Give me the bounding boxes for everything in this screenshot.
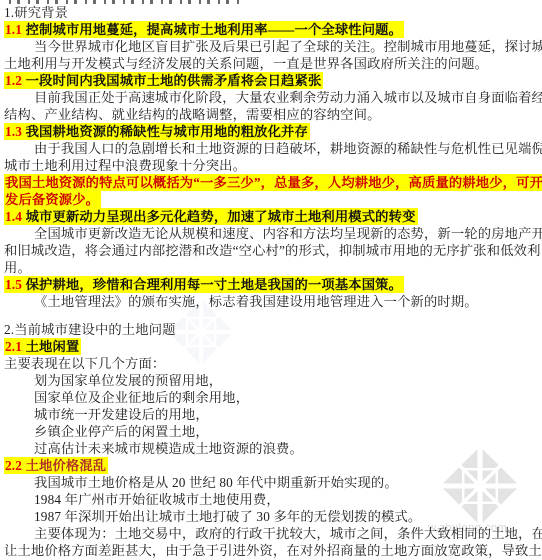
document-body: 1.研究背景1.1 控制城市用地蔓延，提高城市土地利用率——一个全球性问题。当今…	[4, 4, 540, 559]
blank-line	[4, 310, 540, 321]
body-text-line: 当今世界城市化地区盲目扩张及后果已引起了全球的关注。控制城市用地蔓延，探讨城市	[4, 38, 540, 55]
body-text-line: 主要体现为：土地交易中，政府的行政干扰较大，城市之间，条件大致相同的土地，在出	[4, 525, 540, 542]
heading-text: 一段时间内我国城市土地的供需矛盾将会日趋紧张	[26, 73, 322, 88]
highlighted-heading: 1.4 城市更新动力呈现出多元化趋势，加速了城市土地利用模式的转变	[4, 208, 540, 225]
heading-text: 土地价格混乱	[26, 458, 107, 473]
body-text-line: 让土地价格方面差距甚大，由于急于引进外资，在对外招商量的土地方面放宽政策，导致土…	[4, 542, 540, 559]
body-text-line: 过高估计未来城市规模造成土地资源的浪费。	[4, 440, 540, 457]
heading-text: 控制城市用地蔓延，提高城市土地利用率——一个全球性问题。	[26, 22, 403, 37]
heading-text: 城市更新动力呈现出多元化趋势，加速了城市土地利用模式的转变	[26, 209, 416, 224]
body-text-line: 城市土地利用过程中浪费现象十分突出。	[4, 157, 540, 174]
heading-number: 1.5	[5, 277, 22, 292]
body-text-line: 全国城市更新改造无论从规模和速度、内容和方法均呈现新的态势，新一轮的房地产开发	[4, 225, 540, 242]
document-page: w.zhulong.com 1.研究背景1.1 控制城市用地蔓延，提高城市土地利…	[0, 0, 542, 560]
heading-number: 2.1	[5, 339, 22, 354]
body-text-line: 1984 年广州市开始征收城市土地使用费，	[4, 491, 540, 508]
highlighted-heading: 1.2 一段时间内我国城市土地的供需矛盾将会日趋紧张	[4, 72, 540, 89]
heading-number: 1.3	[5, 124, 22, 139]
body-text-line: 1987 年深圳开始出让城市土地打破了 30 多年的无偿划拨的模式。	[4, 508, 540, 525]
body-text-line: 我国城市土地价格是从 20 世纪 80 年代中期重新开始实现的。	[4, 474, 540, 491]
body-text-line: 划为国家单位发展的预留用地，	[4, 372, 540, 389]
highlighted-heading: 2.1 土地闲置	[4, 338, 540, 355]
highlighted-heading: 1.5 保护耕地，珍惜和合理利用每一寸土地是我国的一项基本国策。	[4, 276, 540, 293]
section-title: 1.研究背景	[4, 4, 540, 21]
red-emphasis-line: 发后备资源少。	[4, 191, 540, 208]
heading-number: 1.1	[5, 22, 22, 37]
heading-text: 我国耕地资源的稀缺性与城市用地的粗放化并存	[26, 124, 308, 139]
heading-number: 1.4	[5, 209, 22, 224]
heading-number: 1.2	[5, 73, 22, 88]
body-text-line: 乡镇企业停产后的闲置土地，	[4, 423, 540, 440]
highlighted-heading: 1.1 控制城市用地蔓延，提高城市土地利用率——一个全球性问题。	[4, 21, 540, 38]
body-text-line: 和旧城改造，将会通过内部挖潜和改造“空心村”的形式，抑制城市用地的无序扩张和低效…	[4, 242, 540, 259]
heading-text: 土地闲置	[26, 339, 80, 354]
body-text-line: 《土地管理法》的颁布实施，标志着我国建设用地管理进入一个新的时期。	[4, 293, 540, 310]
highlighted-heading: 2.2 土地价格混乱	[4, 457, 540, 474]
red-emphasis-text: 发后备资源少。	[5, 192, 99, 207]
highlighted-heading: 1.3 我国耕地资源的稀缺性与城市用地的粗放化并存	[4, 123, 540, 140]
body-text-line: 目前我国正处于高速城市化阶段，大量农业剩余劳动力涌入城市以及城市自身面临着经济	[4, 89, 540, 106]
section-title: 2.当前城市建设中的土地问题	[4, 321, 540, 338]
body-text-line: 城市统一开发建设后的用地，	[4, 406, 540, 423]
body-text-line: 由于我国人口的急剧增长和土地资源的日趋破坏，耕地资源的稀缺性与危机性已见端倪，	[4, 140, 540, 157]
body-text-line: 结构、产业结构、就业结构的战略调整，需要相应的容纳空间。	[4, 106, 540, 123]
body-text-line: 土地利用与开发模式与经济发展的关系问题，一直是世界各国政府所关注的问题。	[4, 55, 540, 72]
red-emphasis-text: 我国土地资源的特点可以概括为“一多三少”，总量多，人均耕地少，高质量的耕地少，可…	[5, 175, 542, 190]
body-text-line: 用。	[4, 259, 540, 276]
heading-text: 保护耕地，珍惜和合理利用每一寸土地是我国的一项基本国策。	[26, 277, 403, 292]
body-text-line: 国家单位及企业征地后的剩余用地，	[4, 389, 540, 406]
red-emphasis-line: 我国土地资源的特点可以概括为“一多三少”，总量多，人均耕地少，高质量的耕地少，可…	[4, 174, 540, 191]
heading-number: 2.2	[5, 458, 22, 473]
body-text-line: 主要表现在以下几个方面：	[4, 355, 540, 372]
